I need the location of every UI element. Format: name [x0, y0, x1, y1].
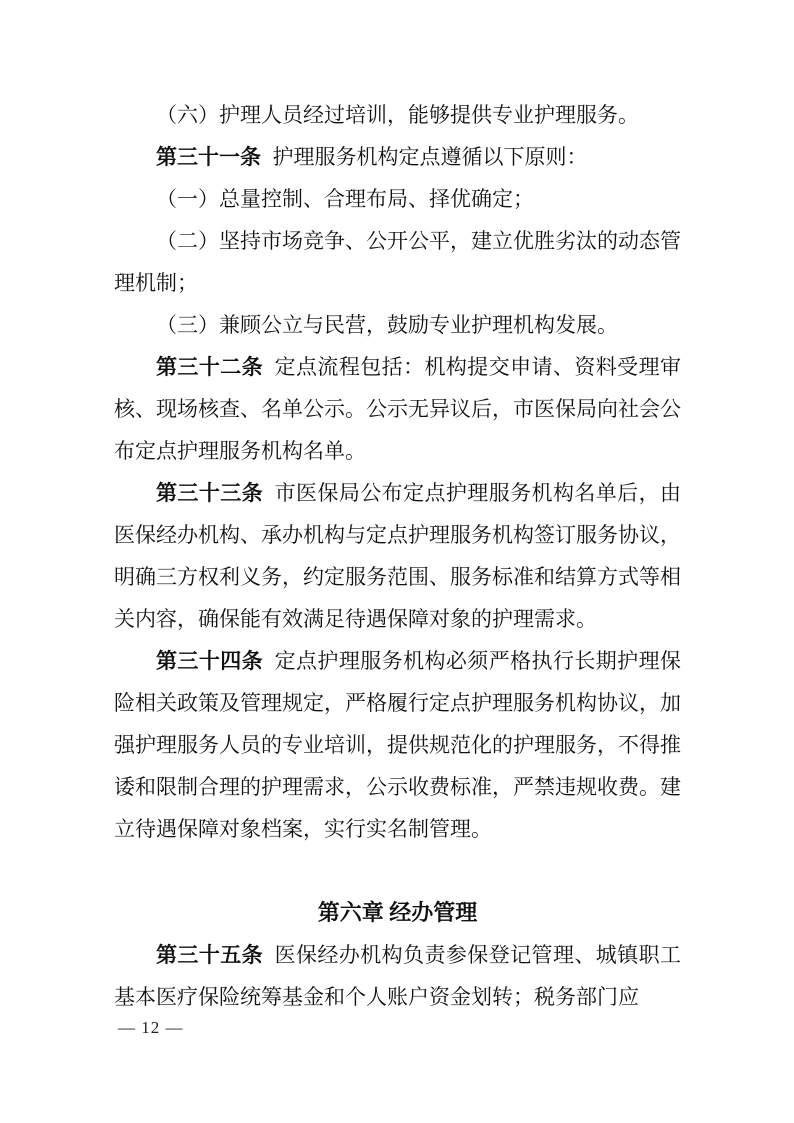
paragraph-text: （三）兼顾公立与民营，鼓励专业护理机构发展。	[156, 313, 618, 337]
paragraph-article-32: 第三十二条定点流程包括：机构提交申请、资料受理审核、现场核查、名单公示。公示无异…	[114, 346, 681, 472]
article-number: 第三十四条	[156, 649, 263, 673]
paragraph-item-2: （二）坚持市场竞争、公开公平，建立优胜劣汰的动态管理机制；	[114, 220, 681, 304]
paragraph-text: （一）总量控制、合理布局、择优确定；	[156, 187, 534, 211]
document-page: （六）护理人员经过培训，能够提供专业护理服务。 第三十一条护理服务机构定点遵循以…	[0, 0, 794, 1123]
paragraph-article-33: 第三十三条市医保局公布定点护理服务机构名单后，由医保经办机构、承办机构与定点护理…	[114, 472, 681, 640]
paragraph-text: （二）坚持市场竞争、公开公平，建立优胜劣汰的动态管理机制；	[114, 229, 681, 295]
article-number: 第三十五条	[156, 943, 263, 967]
paragraph-text: （六）护理人员经过培训，能够提供专业护理服务。	[156, 103, 639, 127]
article-number: 第三十一条	[156, 145, 261, 169]
paragraph-text: 护理服务机构定点遵循以下原则：	[273, 145, 588, 169]
page-number: — 12 —	[118, 1019, 184, 1037]
paragraph-article-31: 第三十一条护理服务机构定点遵循以下原则：	[114, 136, 681, 178]
article-number: 第三十二条	[156, 355, 263, 379]
paragraph-item-1: （一）总量控制、合理布局、择优确定；	[114, 178, 681, 220]
paragraph-item-3: （三）兼顾公立与民营，鼓励专业护理机构发展。	[114, 304, 681, 346]
paragraph-item-6: （六）护理人员经过培训，能够提供专业护理服务。	[114, 94, 681, 136]
paragraph-article-35: 第三十五条医保经办机构负责参保登记管理、城镇职工基本医疗保险统筹基金和个人账户资…	[114, 934, 681, 1018]
paragraph-text: 定点护理服务机构必须严格执行长期护理保险相关政策及管理规定，严格履行定点护理服务…	[114, 649, 681, 841]
chapter-heading: 第六章 经办管理	[114, 892, 681, 934]
document-body: （六）护理人员经过培训，能够提供专业护理服务。 第三十一条护理服务机构定点遵循以…	[114, 94, 681, 1018]
article-number: 第三十三条	[156, 481, 263, 505]
paragraph-article-34: 第三十四条定点护理服务机构必须严格执行长期护理保险相关政策及管理规定，严格履行定…	[114, 640, 681, 850]
